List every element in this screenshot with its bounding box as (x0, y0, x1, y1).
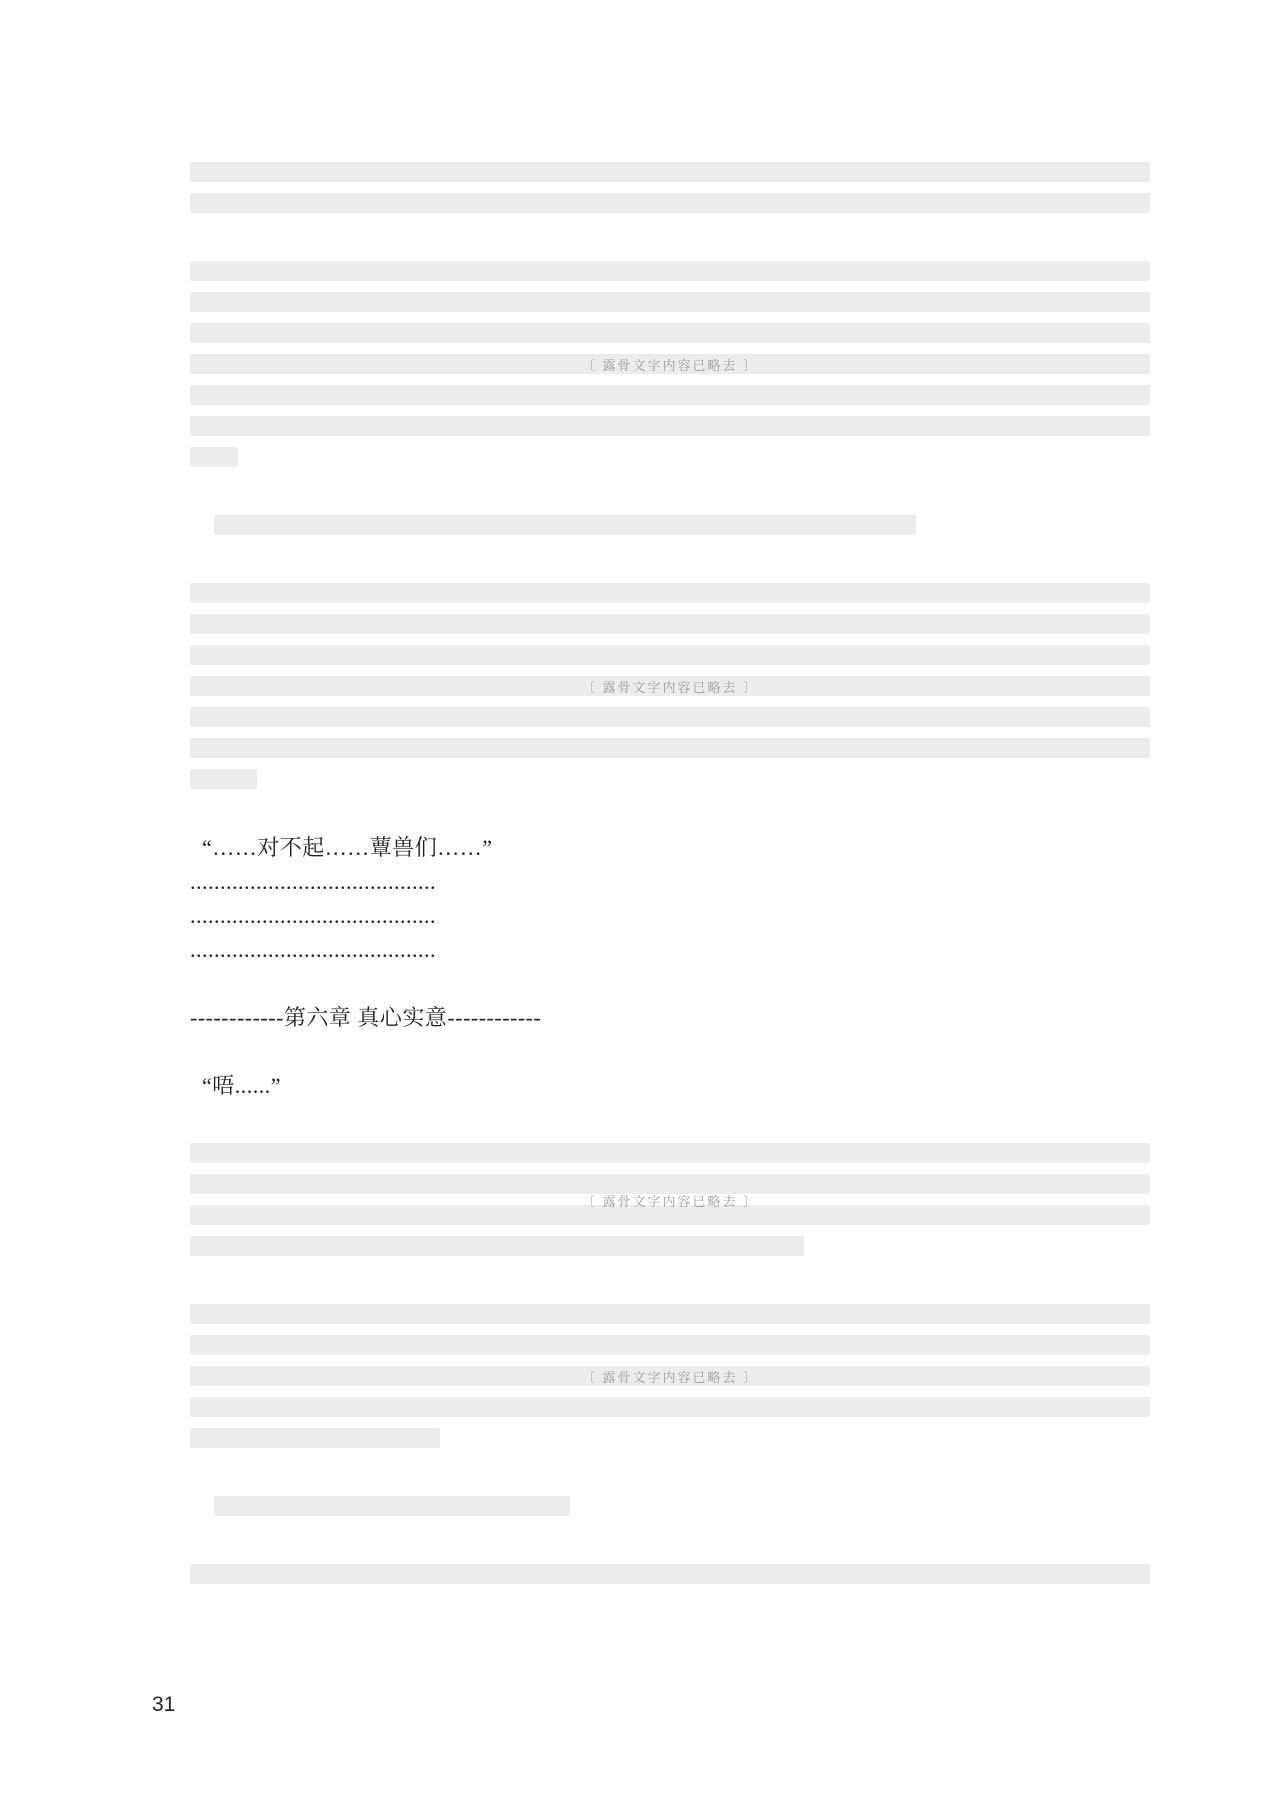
redacted-text-line (190, 416, 1150, 436)
redacted-text-line (214, 515, 916, 535)
dialogue-mm: “唔......” (190, 1070, 1150, 1101)
ellipsis-line-3: ........................................… (190, 934, 1150, 965)
redacted-text-line (190, 385, 1150, 405)
dialogue-redacted-1 (190, 510, 1150, 541)
redacted-text-line (214, 1496, 570, 1516)
redacted-text-line (190, 193, 1150, 213)
redacted-text-line (190, 162, 1150, 182)
chapter-heading: ------------第六章 真心实意------------ (190, 1002, 1150, 1033)
paragraph-redacted-5: 〔 露骨文字内容已略去 〕 (190, 1299, 1150, 1454)
paragraph-redacted-3: 〔 露骨文字内容已略去 〕 (190, 578, 1150, 795)
redacted-text-line (190, 738, 1150, 758)
paragraph-redacted-1 (190, 157, 1150, 219)
redacted-text-line (190, 261, 1150, 281)
page-content: 〔 露骨文字内容已略去 〕〔 露骨文字内容已略去 〕“……对不起……蕈兽们……”… (190, 157, 1150, 1627)
redacted-text-line (190, 1428, 440, 1448)
redacted-text-line (190, 1304, 1150, 1324)
redacted-text-line (190, 1397, 1150, 1417)
redacted-text-line (190, 292, 1150, 312)
document-page: 〔 露骨文字内容已略去 〕〔 露骨文字内容已略去 〕“……对不起……蕈兽们……”… (0, 0, 1280, 1810)
redacted-text-line (190, 1335, 1150, 1355)
redacted-text-line (190, 323, 1150, 343)
redacted-text-line (190, 354, 1150, 374)
redacted-text-line (190, 1366, 1150, 1386)
paragraph-redacted-2: 〔 露骨文字内容已略去 〕 (190, 256, 1150, 473)
redacted-text-line (190, 676, 1150, 696)
redacted-text-line (190, 1564, 1150, 1584)
dialogue-redacted-2 (190, 1491, 1150, 1522)
redacted-text-line (190, 1236, 804, 1256)
redacted-text-line (190, 707, 1150, 727)
paragraph-redacted-4: 〔 露骨文字内容已略去 〕 (190, 1138, 1150, 1262)
redacted-text-line (190, 1143, 1150, 1163)
redacted-text-line (190, 769, 257, 789)
redacted-text-line (190, 645, 1150, 665)
redacted-text-line (190, 583, 1150, 603)
redacted-text-line (190, 447, 238, 467)
redacted-text-line (190, 1174, 1150, 1194)
page-number: 31 (152, 1692, 175, 1718)
paragraph-redacted-6 (190, 1559, 1150, 1590)
ellipsis-line-2: ........................................… (190, 900, 1150, 931)
ellipsis-line-1: ........................................… (190, 866, 1150, 897)
redacted-text-line (190, 1205, 1150, 1225)
dialogue-apology: “……对不起……蕈兽们……” (190, 832, 1150, 863)
redacted-text-line (190, 614, 1150, 634)
